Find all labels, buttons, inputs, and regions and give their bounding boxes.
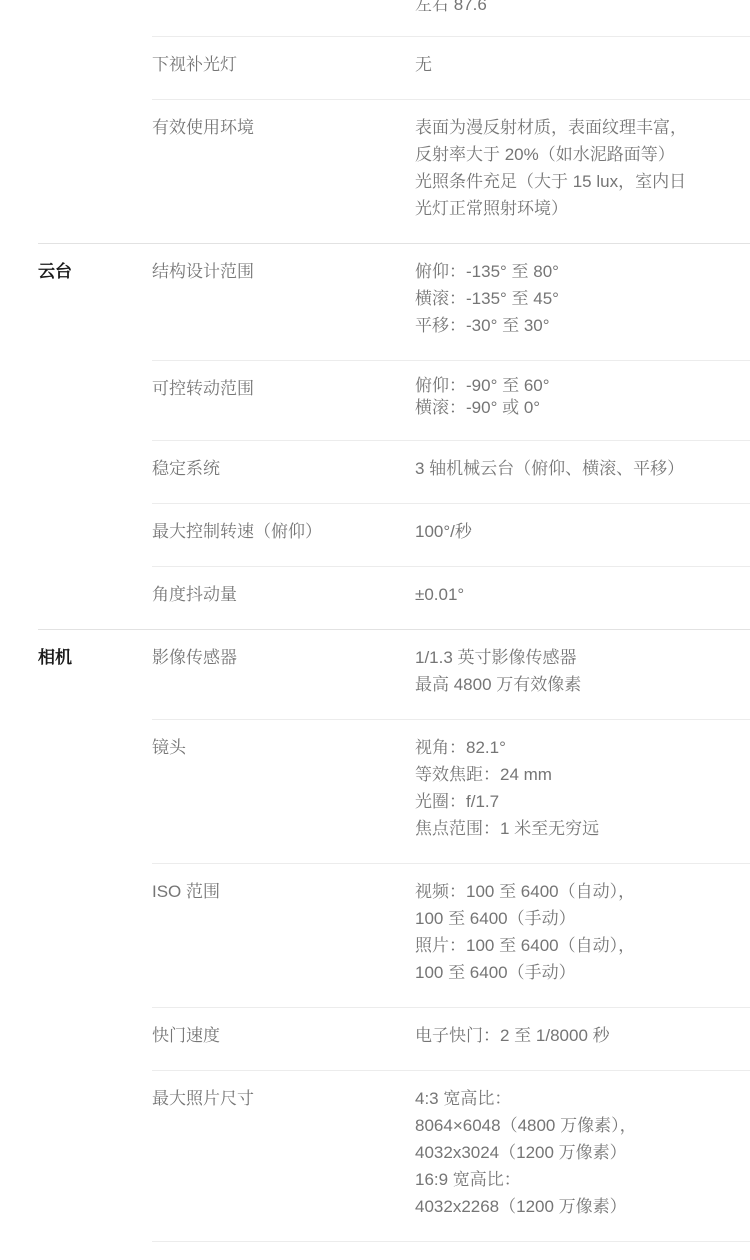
spec-value: 左右 87.6 [415,0,750,18]
spec-value: ±0.01° [415,581,750,608]
spec-label: 角度抖动量 [152,581,415,608]
spec-section: 左右 87.6下视补光灯无有效使用环境表面为漫反射材质，表面纹理丰富，反射率大于… [38,0,750,243]
spec-value-line: 光照条件充足（大于 15 lux，室内日 [415,168,750,195]
spec-value-line: 100°/秒 [415,518,750,545]
spec-row: 左右 87.6 [152,0,750,36]
spec-value: 1/1.3 英寸影像传感器最高 4800 万有效像素 [415,644,750,698]
spec-row: 最大照片尺寸4:3 宽高比：8064×6048（4800 万像素），4032x3… [152,1071,750,1241]
spec-row: 下视补光灯无 [152,37,750,99]
spec-label: 镜头 [152,734,415,761]
spec-value-line: 无 [415,51,750,78]
spec-value-line: 等效焦距：24 mm [415,761,750,788]
spec-section: 云台结构设计范围俯仰：-135° 至 80°横滚：-135° 至 45°平移：-… [38,243,750,629]
spec-row: 最大控制转速（俯仰）100°/秒 [152,504,750,566]
spec-value: 电子快门：2 至 1/8000 秒 [415,1022,750,1049]
row-divider [152,1241,750,1242]
spec-value-line: 视频：100 至 6400（自动）， [415,878,750,905]
spec-value-line: 横滚：-90° 或 0° [415,397,750,419]
section-title: 相机 [38,644,72,671]
spec-value-line: 视角：82.1° [415,734,750,761]
spec-value: 视角：82.1°等效焦距：24 mm光圈：f/1.7焦点范围：1 米至无穷远 [415,734,750,842]
spec-value-line: 4032x3024（1200 万像素） [415,1139,750,1166]
spec-value: 俯仰：-135° 至 80°横滚：-135° 至 45°平移：-30° 至 30… [415,258,750,339]
section-rows: 结构设计范围俯仰：-135° 至 80°横滚：-135° 至 45°平移：-30… [152,244,750,629]
section-title: 云台 [38,258,72,285]
spec-value-line: 表面为漫反射材质，表面纹理丰富， [415,114,750,141]
section-rows: 左右 87.6下视补光灯无有效使用环境表面为漫反射材质，表面纹理丰富，反射率大于… [152,0,750,243]
spec-row: 影像传感器1/1.3 英寸影像传感器最高 4800 万有效像素 [152,630,750,719]
spec-value-line: 光圈：f/1.7 [415,788,750,815]
spec-value: 视频：100 至 6400（自动），100 至 6400（手动）照片：100 至… [415,878,750,986]
spec-label: 结构设计范围 [152,258,415,285]
spec-value-line: 照片：100 至 6400（自动）， [415,932,750,959]
spec-row: 快门速度电子快门：2 至 1/8000 秒 [152,1008,750,1070]
spec-value: 无 [415,51,750,78]
spec-value-line: 8064×6048（4800 万像素）， [415,1112,750,1139]
spec-value-line: 最高 4800 万有效像素 [415,671,750,698]
spec-value-line: 1/1.3 英寸影像传感器 [415,644,750,671]
spec-label: 稳定系统 [152,455,415,482]
spec-row: 有效使用环境表面为漫反射材质，表面纹理丰富，反射率大于 20%（如水泥路面等）光… [152,100,750,243]
spec-label: ISO 范围 [152,878,415,905]
spec-label: 最大控制转速（俯仰） [152,518,415,545]
spec-value-line: 光灯正常照射环境） [415,195,750,222]
spec-value: 4:3 宽高比：8064×6048（4800 万像素），4032x3024（12… [415,1085,750,1220]
spec-value-line: 100 至 6400（手动） [415,905,750,932]
spec-value-line: 4032x2268（1200 万像素） [415,1193,750,1220]
spec-label: 可控转动范围 [152,375,415,402]
spec-row: 角度抖动量±0.01° [152,567,750,629]
spec-label: 下视补光灯 [152,51,415,78]
spec-label: 最大照片尺寸 [152,1085,415,1112]
spec-row: 镜头视角：82.1°等效焦距：24 mm光圈：f/1.7焦点范围：1 米至无穷远 [152,720,750,863]
spec-value-line: 反射率大于 20%（如水泥路面等） [415,141,750,168]
spec-value-line: ±0.01° [415,581,750,608]
spec-value-line: 3 轴机械云台（俯仰、横滚、平移） [415,455,750,482]
spec-label: 影像传感器 [152,644,415,671]
spec-value-line: 4:3 宽高比： [415,1085,750,1112]
spec-value-line: 焦点范围：1 米至无穷远 [415,815,750,842]
spec-label: 快门速度 [152,1022,415,1049]
spec-value-line: 俯仰：-90° 至 60° [415,375,750,397]
spec-value-line: 平移：-30° 至 30° [415,312,750,339]
spec-value-line: 左右 87.6 [415,0,750,18]
spec-value-line: 电子快门：2 至 1/8000 秒 [415,1022,750,1049]
spec-value: 俯仰：-90° 至 60°横滚：-90° 或 0° [415,375,750,419]
spec-row: 结构设计范围俯仰：-135° 至 80°横滚：-135° 至 45°平移：-30… [152,244,750,360]
spec-value: 3 轴机械云台（俯仰、横滚、平移） [415,455,750,482]
spec-value: 100°/秒 [415,518,750,545]
spec-row: ISO 范围视频：100 至 6400（自动），100 至 6400（手动）照片… [152,864,750,1007]
spec-value: 表面为漫反射材质，表面纹理丰富，反射率大于 20%（如水泥路面等）光照条件充足（… [415,114,750,222]
spec-table: 左右 87.6下视补光灯无有效使用环境表面为漫反射材质，表面纹理丰富，反射率大于… [38,0,750,1242]
spec-value-line: 100 至 6400（手动） [415,959,750,986]
spec-value-line: 俯仰：-135° 至 80° [415,258,750,285]
spec-value-line: 横滚：-135° 至 45° [415,285,750,312]
spec-row: 稳定系统3 轴机械云台（俯仰、横滚、平移） [152,441,750,503]
spec-value-line: 16:9 宽高比： [415,1166,750,1193]
spec-section: 相机影像传感器1/1.3 英寸影像传感器最高 4800 万有效像素镜头视角：82… [38,629,750,1241]
spec-label: 有效使用环境 [152,114,415,141]
section-rows: 影像传感器1/1.3 英寸影像传感器最高 4800 万有效像素镜头视角：82.1… [152,630,750,1241]
spec-row: 可控转动范围俯仰：-90° 至 60°横滚：-90° 或 0° [152,361,750,440]
